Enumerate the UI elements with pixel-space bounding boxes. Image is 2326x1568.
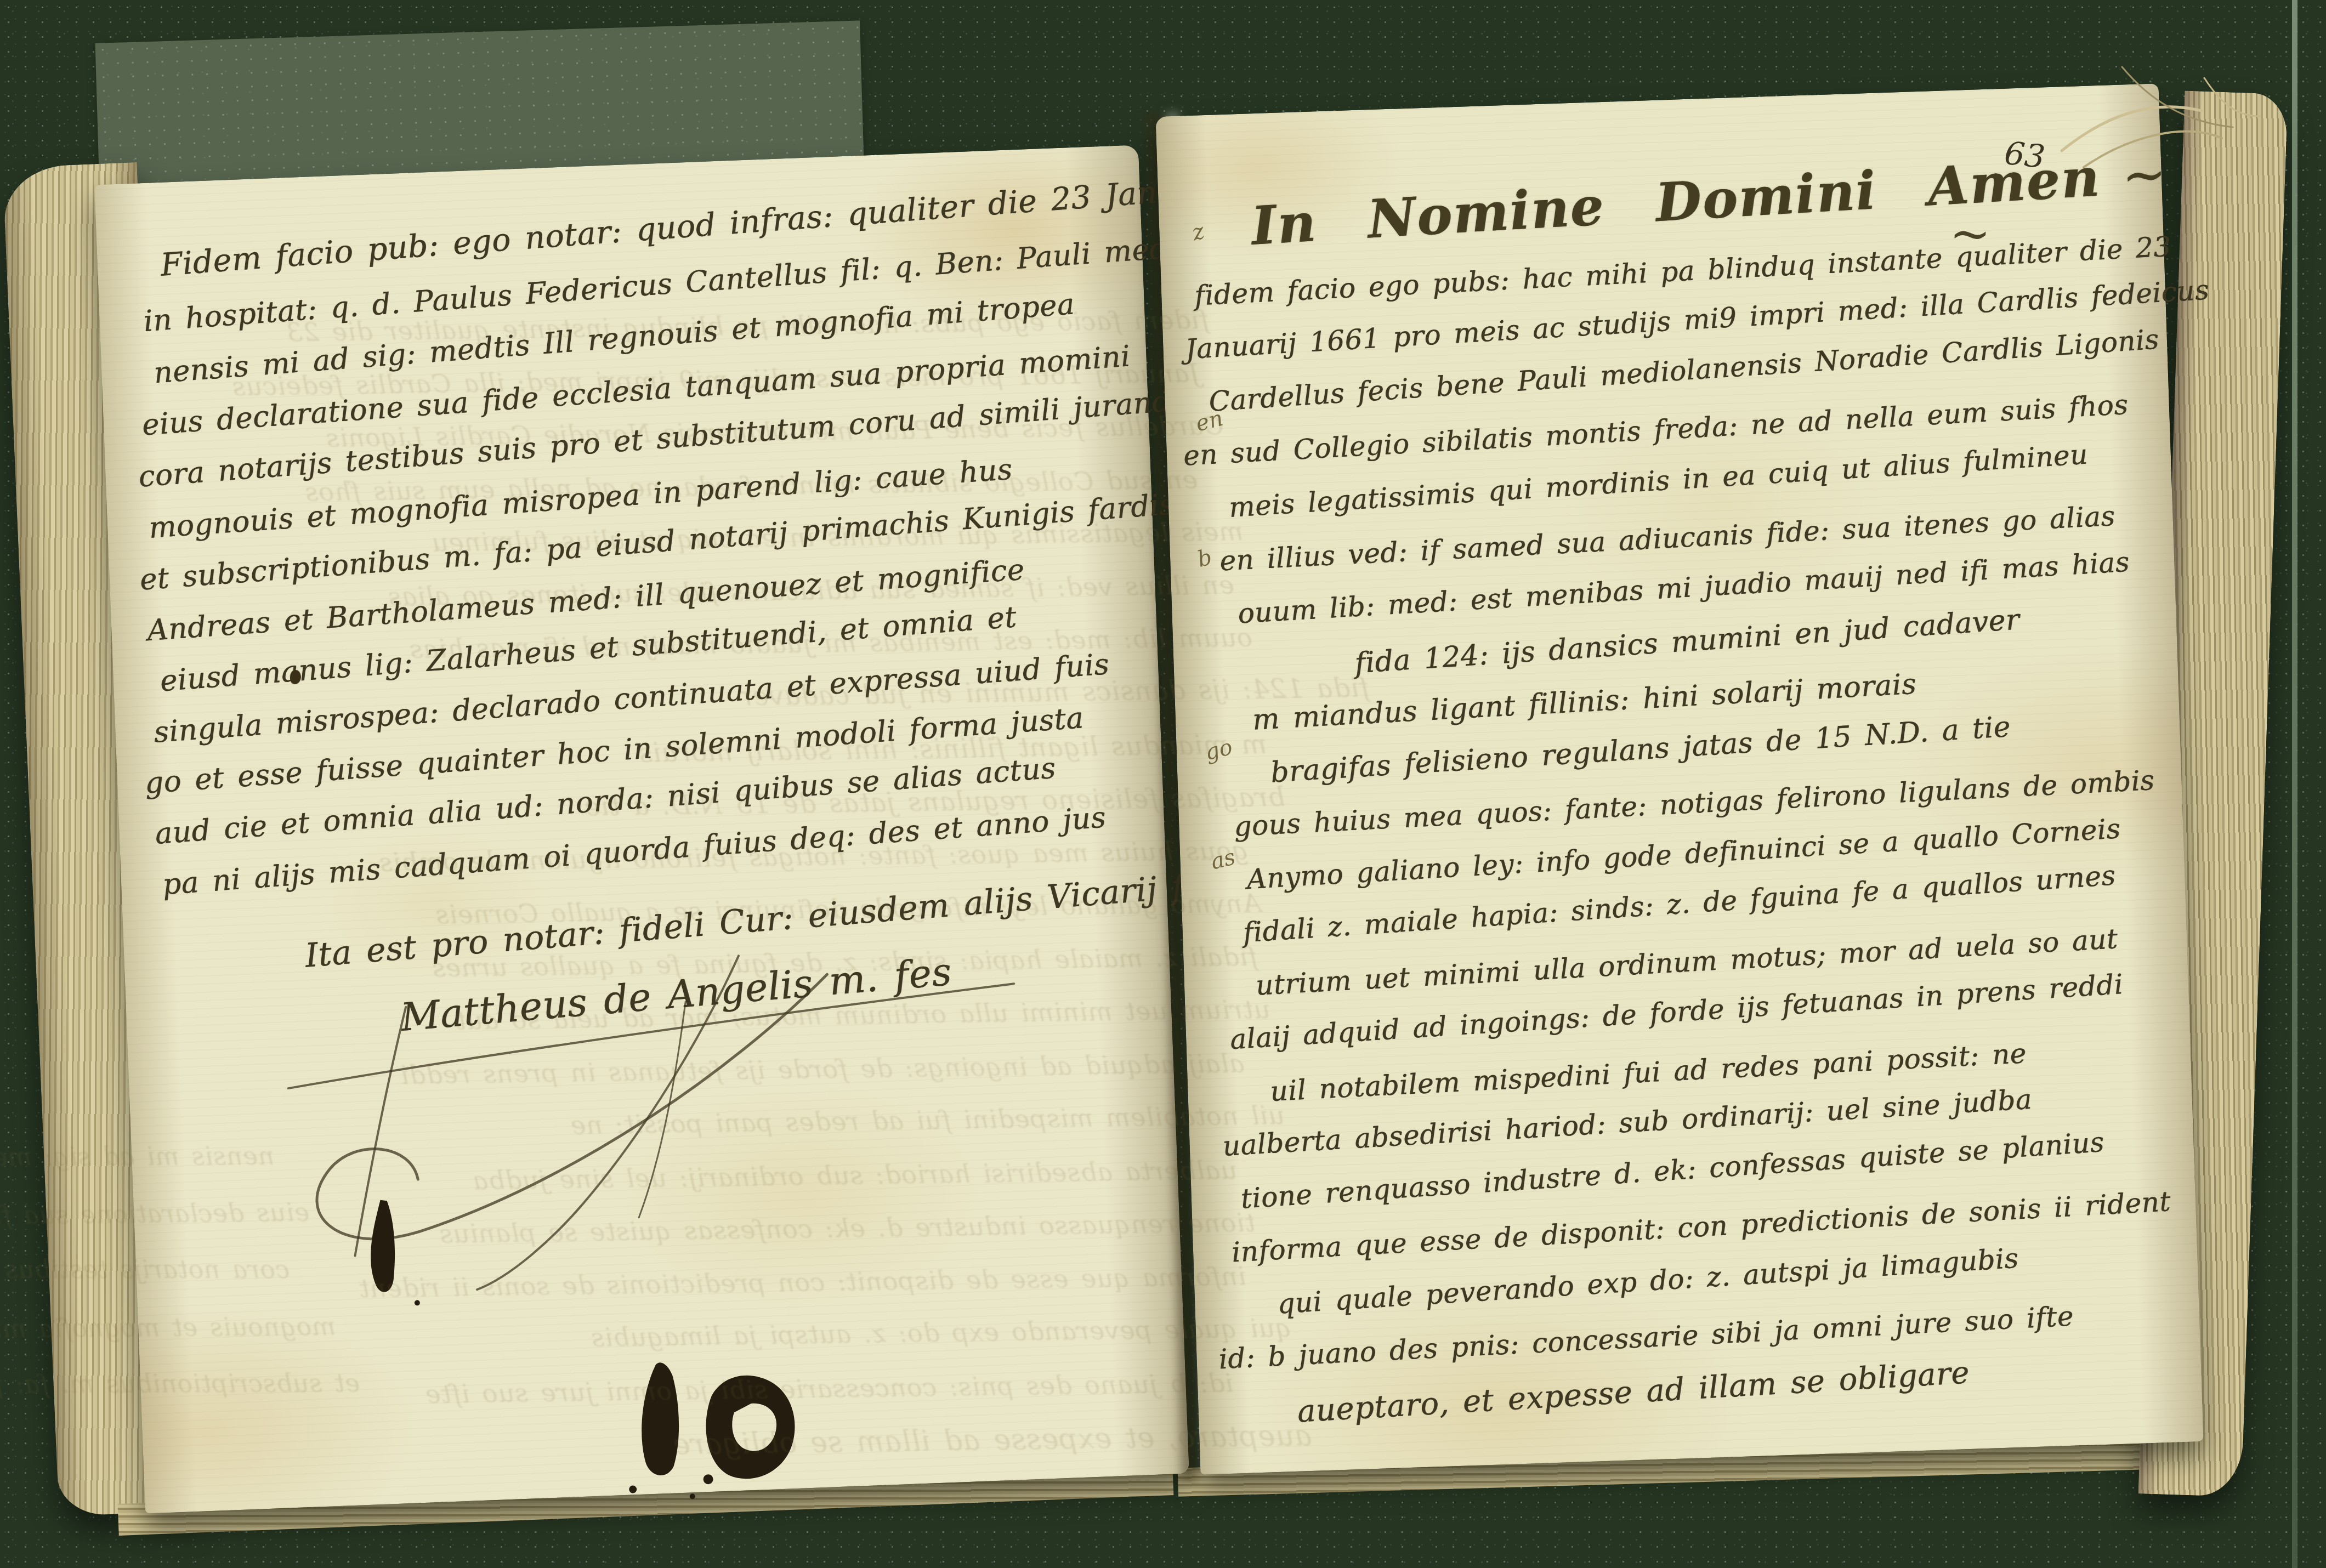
right-page: 63 ~ In Nomine Domini Amen~ fidem facio …: [1155, 83, 2203, 1474]
margin-annotations: zenbgoas: [1155, 83, 2158, 117]
ghost-line: et subscriptionibus m. fa: pa eiusd nota…: [0, 1368, 360, 1401]
margin-mark: z: [1189, 219, 1207, 246]
binding-threads: [2040, 33, 2303, 214]
margin-mark: b: [1195, 544, 1215, 572]
left-page: nensis mi ad sig: medtis Ill regnouis et…: [94, 145, 1189, 1513]
bleedthrough-text-right: fidem facio ego pubs: hac mihi pa blindu…: [1155, 83, 2158, 117]
photo-background: nensis mi ad sig: medtis Ill regnouis et…: [0, 0, 2326, 1568]
right-page-text-block: fidem facio ego pubs: hac mihi pa blindu…: [1155, 83, 2158, 117]
glass-edge-line: [2292, 0, 2297, 1568]
